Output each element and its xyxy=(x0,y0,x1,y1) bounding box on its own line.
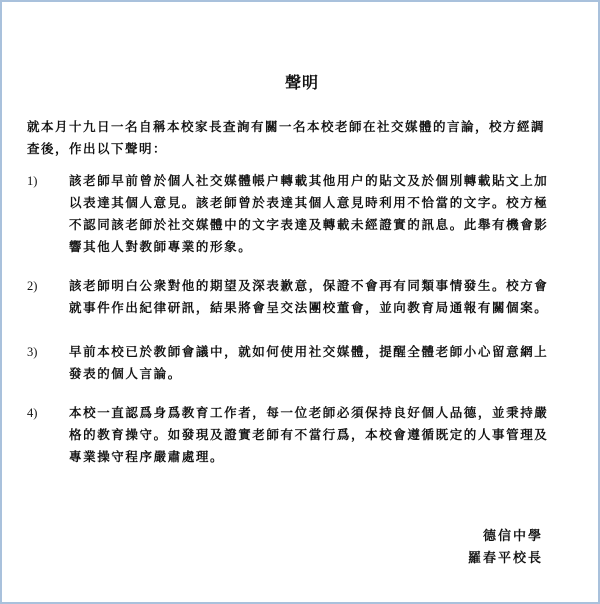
item-text: 該老師明白公衆對他的期望及深表歉意，保證不會再有同類事情發生。校方會就事件作出紀… xyxy=(69,275,549,319)
document-frame: 聲明 就本月十九日一名自稱本校家長查詢有關一名本校老師在社交媒體的言論，校方經調… xyxy=(0,0,600,604)
item-text: 該老師早前曾於個人社交媒體帳户轉載其他用户的貼文及於個別轉載貼文上加以表達其個人… xyxy=(69,170,549,258)
intro-paragraph: 就本月十九日一名自稱本校家長查詢有關一名本校老師在社交媒體的言論，校方經調查後，… xyxy=(27,116,547,160)
item-text: 早前本校已於教師會議中，就如何使用社交媒體，提醒全體老師小心留意網上發表的個人言… xyxy=(69,341,549,385)
item-number: 3) xyxy=(27,341,67,363)
item-number: 1) xyxy=(27,170,67,192)
item-number: 4) xyxy=(27,402,67,424)
item-text: 本校一直認爲身爲教育工作者，每一位老師必須保持良好個人品德，並秉持嚴格的教育操守… xyxy=(69,402,549,468)
document-title: 聲明 xyxy=(2,70,600,93)
signature-school: 德信中學 xyxy=(483,526,543,548)
item-number: 2) xyxy=(27,275,67,297)
signature-principal: 羅春平校長 xyxy=(468,548,543,570)
